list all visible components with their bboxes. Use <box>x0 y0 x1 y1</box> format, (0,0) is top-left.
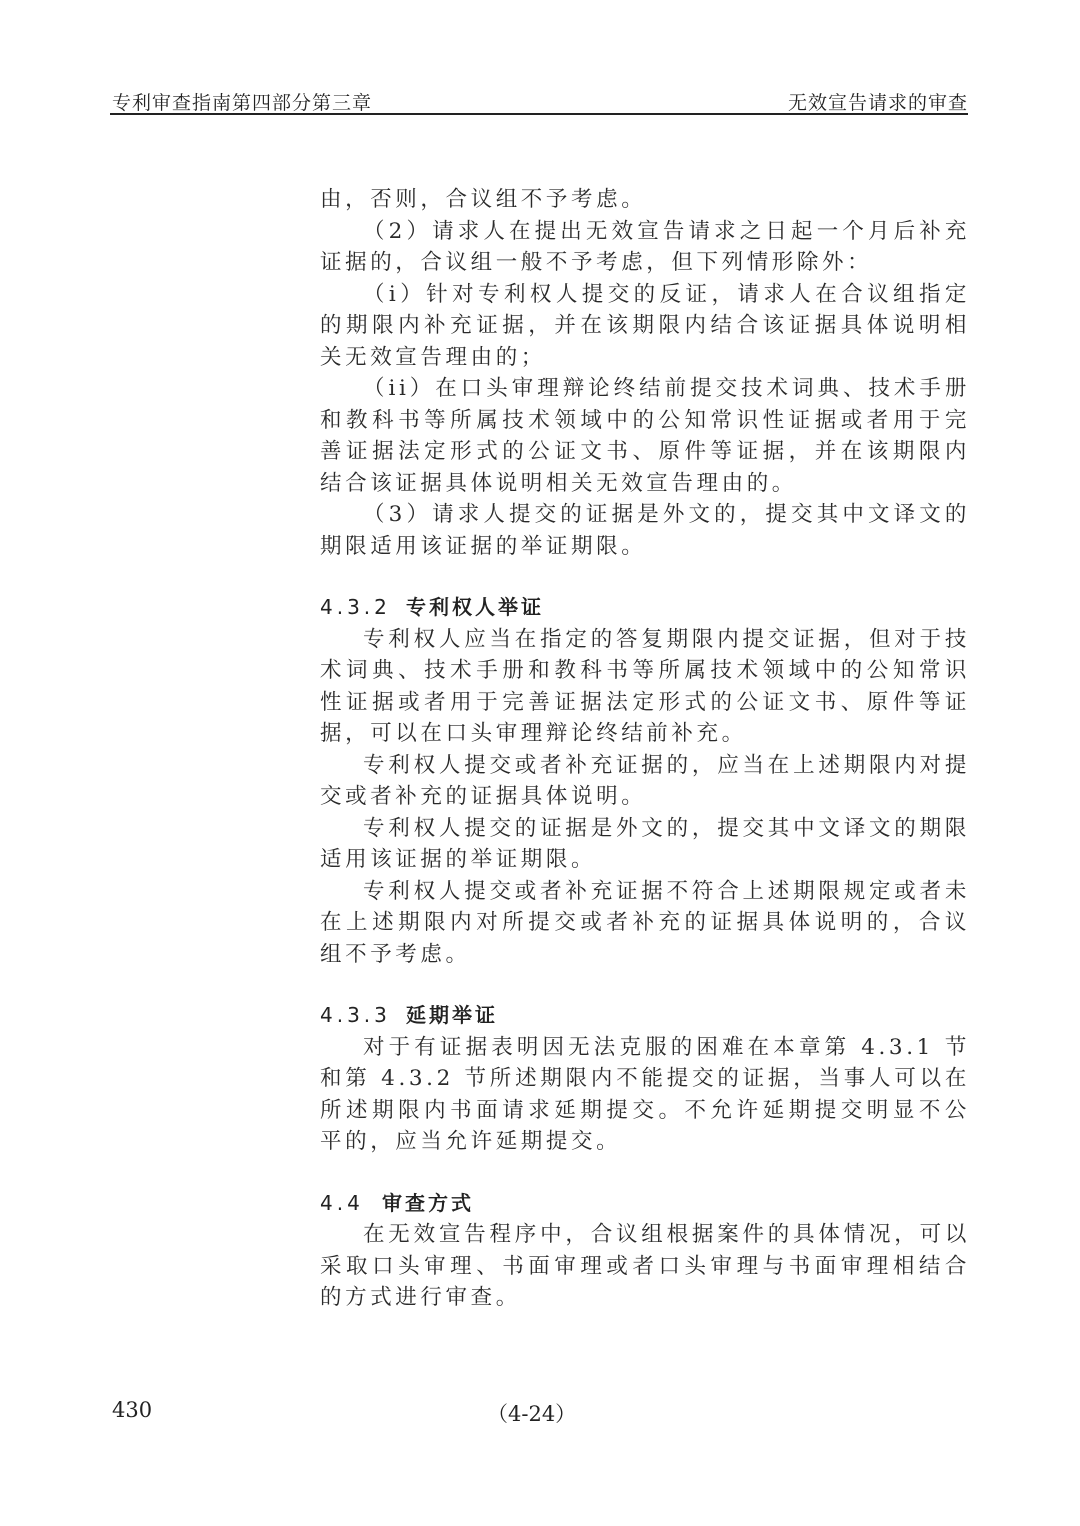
section-title: 延期举证 <box>406 1003 498 1027</box>
section-heading-4-4: 4.4审查方式 <box>320 1188 970 1220</box>
paragraph: 专利权人提交或者补充证据的，应当在上述期限内对提交或者补充的证据具体说明。 <box>320 750 970 813</box>
paragraph: 对于有证据表明因无法克服的困难在本章第 4.3.1 节和第 4.3.2 节所述期… <box>320 1032 970 1158</box>
header-rule <box>110 113 968 115</box>
page-number: 430 <box>112 1398 152 1422</box>
paragraph: 专利权人提交的证据是外文的，提交其中文译文的期限适用该证据的举证期限。 <box>320 813 970 876</box>
paragraph: 由，否则，合议组不予考虑。 <box>320 184 970 216</box>
paragraph: （3）请求人提交的证据是外文的，提交其中文译文的期限适用该证据的举证期限。 <box>320 499 970 562</box>
running-header: 专利审查指南第四部分第三章 无效宣告请求的审查 <box>112 88 968 114</box>
page-body: 由，否则，合议组不予考虑。 （2）请求人在提出无效宣告请求之日起一个月后补充证据… <box>320 184 970 1314</box>
section-number: 4.4 <box>320 1188 382 1220</box>
section-heading-4-3-2: 4.3.2专利权人举证 <box>320 592 970 624</box>
section-page-number: （4-24） <box>487 1398 576 1428</box>
paragraph: 专利权人提交或者补充证据不符合上述期限规定或者未在上述期限内对所提交或者补充的证… <box>320 876 970 971</box>
paragraph: 专利权人应当在指定的答复期限内提交证据，但对于技术词典、技术手册和教科书等所属技… <box>320 624 970 750</box>
paragraph: （i）针对专利权人提交的反证，请求人在合议组指定的期限内补充证据，并在该期限内结… <box>320 279 970 374</box>
paragraph: 在无效宣告程序中，合议组根据案件的具体情况，可以采取口头审理、书面审理或者口头审… <box>320 1219 970 1314</box>
section-number: 4.3.2 <box>320 592 406 624</box>
paragraph: （ii）在口头审理辩论终结前提交技术词典、技术手册和教科书等所属技术领域中的公知… <box>320 373 970 499</box>
section-title: 审查方式 <box>382 1191 474 1215</box>
section-number: 4.3.3 <box>320 1000 406 1032</box>
header-section-title: 无效宣告请求的审查 <box>788 88 968 115</box>
header-chapter-title: 专利审查指南第四部分第三章 <box>112 88 372 115</box>
paragraph: （2）请求人在提出无效宣告请求之日起一个月后补充证据的，合议组一般不予考虑，但下… <box>320 216 970 279</box>
section-heading-4-3-3: 4.3.3延期举证 <box>320 1000 970 1032</box>
section-title: 专利权人举证 <box>406 595 544 619</box>
